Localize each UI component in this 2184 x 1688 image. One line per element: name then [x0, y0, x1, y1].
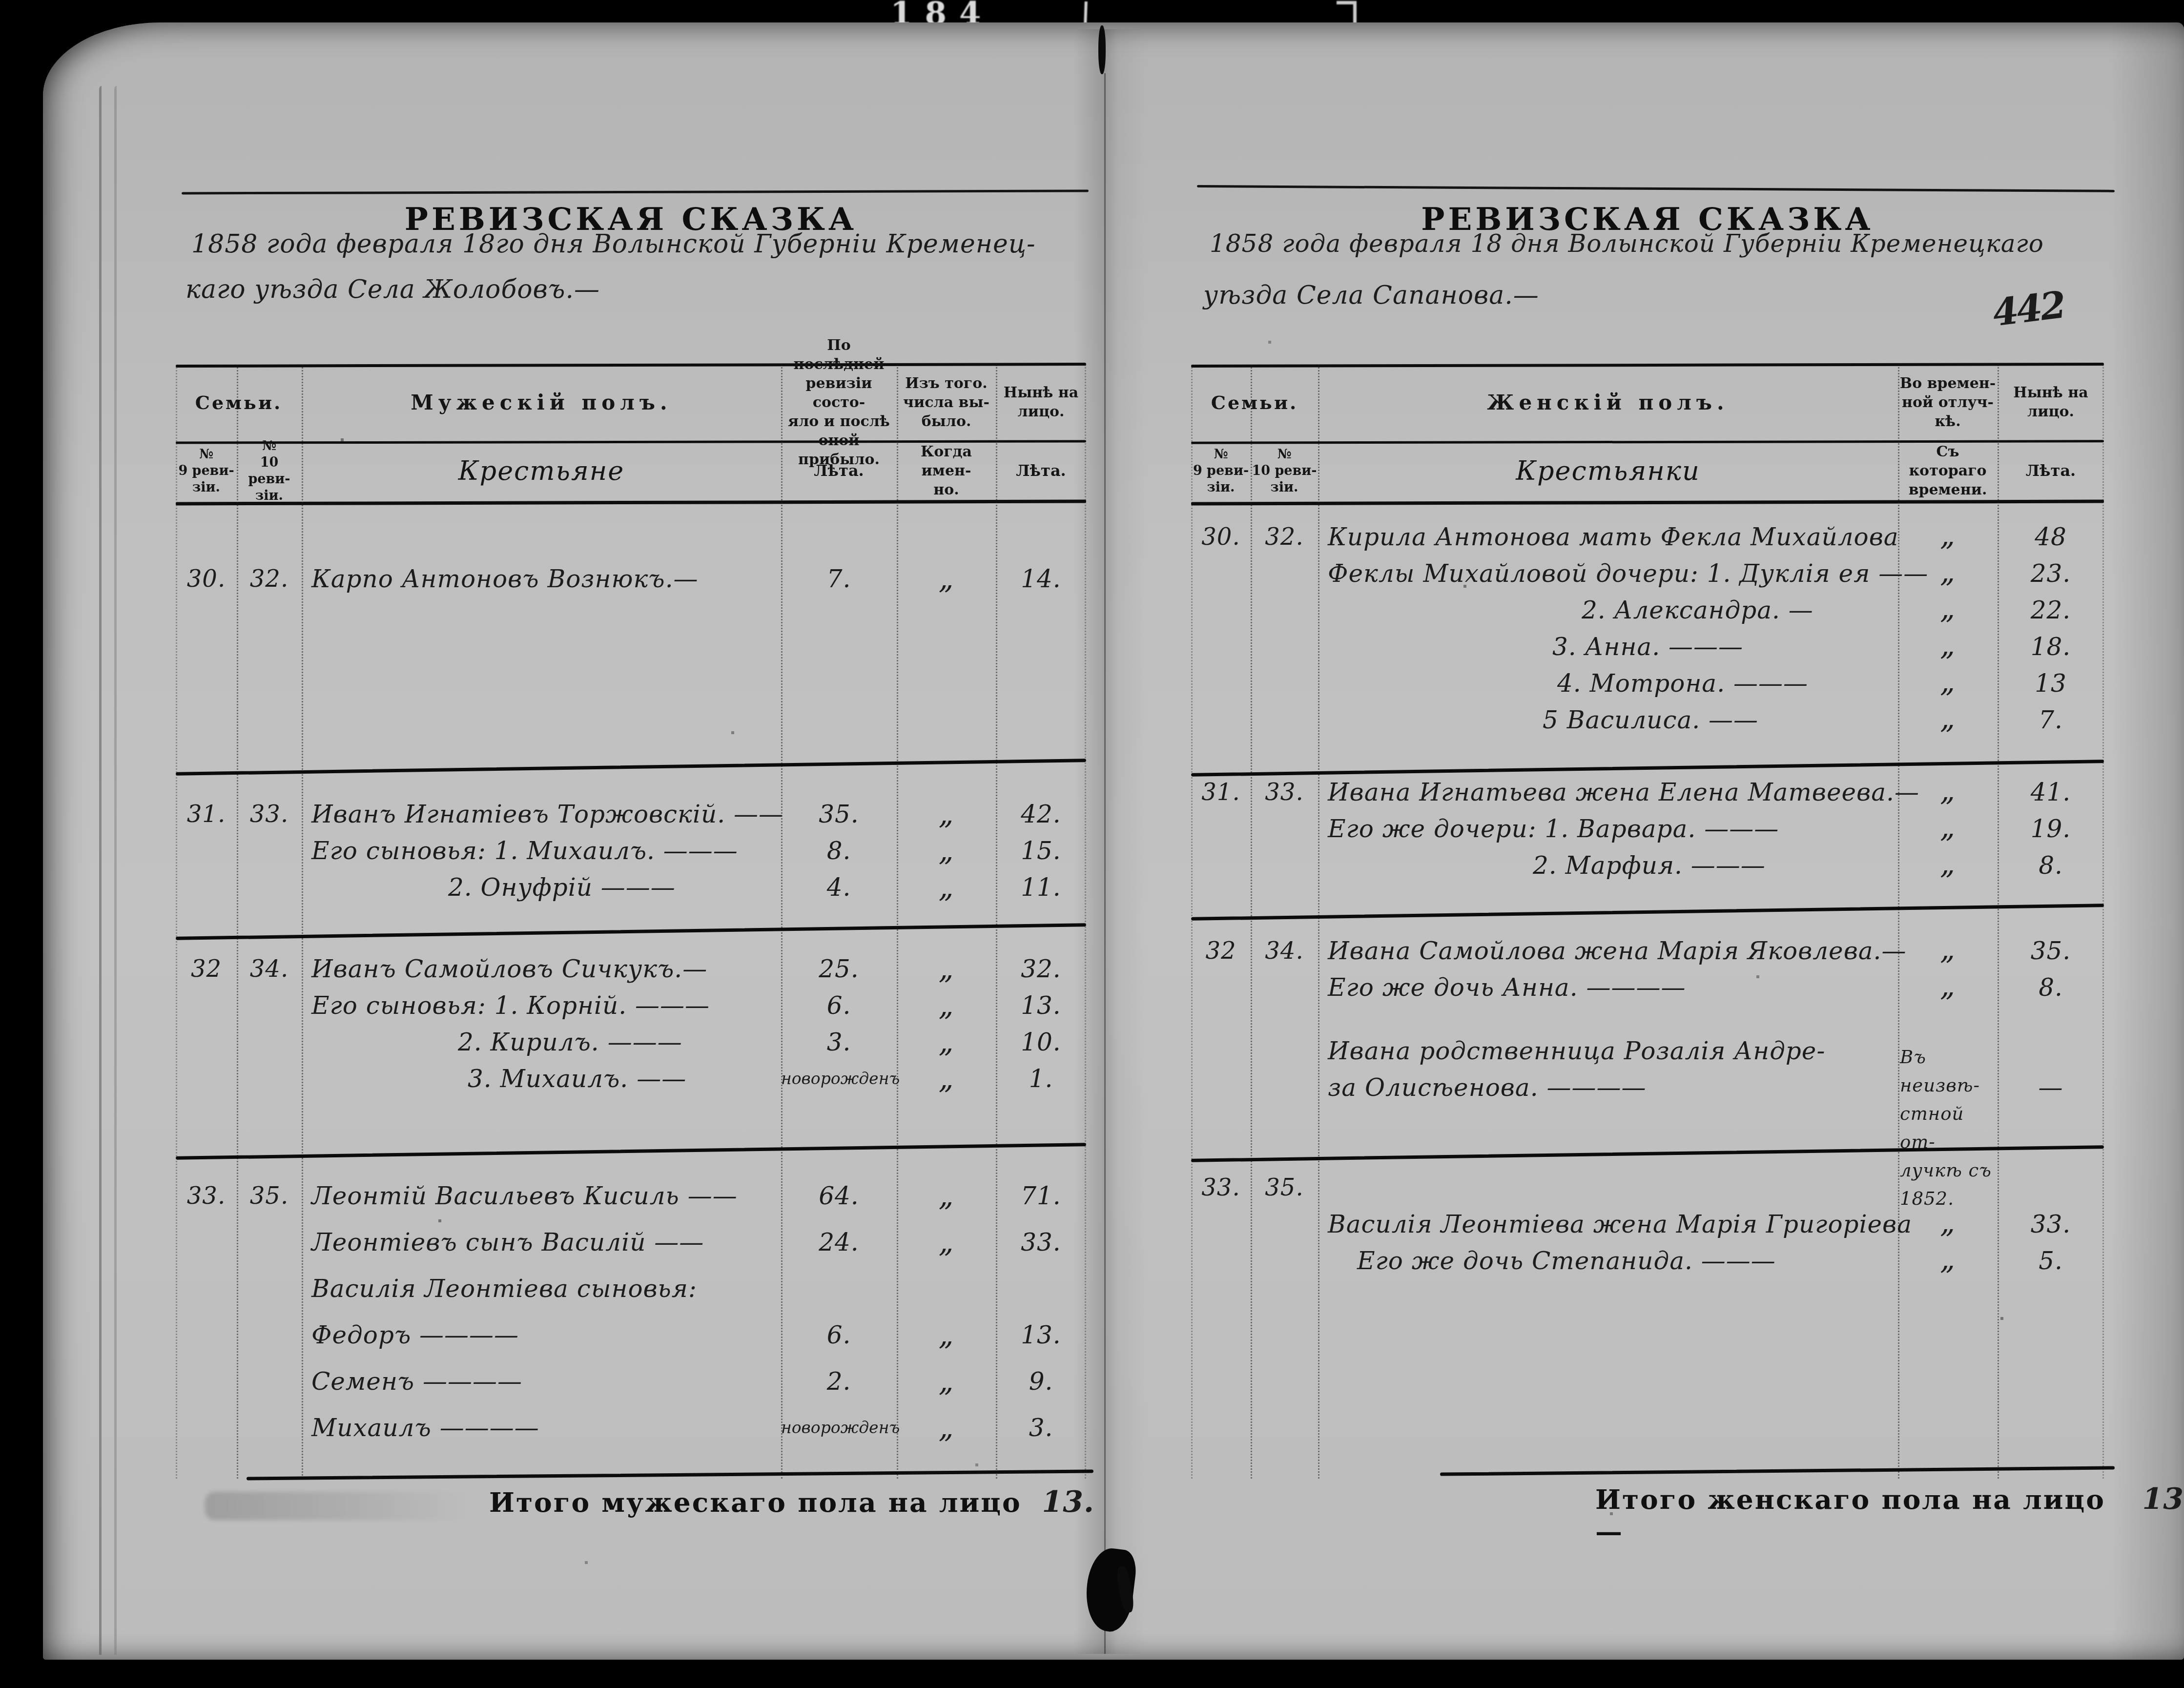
person-name: Михаилъ ————	[302, 1414, 781, 1442]
header-now-present: Нынѣ на лицо.	[1998, 364, 2104, 441]
age-current: 35.	[1998, 937, 2104, 965]
age-current: 71.	[996, 1182, 1086, 1210]
person-name: Василія Леонтіева сыновья:	[302, 1275, 781, 1303]
spine-shadow	[1074, 29, 1147, 1654]
male-table-body: 30. 32. Карпо Антоновъ Вознюкъ.— 7. „ 14…	[176, 503, 1086, 1446]
census-row: 30. 32. Кирила Антонова мать Фекла Михай…	[1191, 518, 2104, 555]
rev10-number: 32.	[237, 565, 302, 593]
age-previous-revision: 6.	[781, 991, 897, 1020]
when-departed-mark: „	[897, 1418, 996, 1438]
rev10-number: 34.	[1251, 937, 1318, 965]
since-when-mark: „	[1940, 810, 1956, 844]
rev10-number: 35.	[1251, 1174, 1318, 1201]
when-departed-mark: „	[897, 1372, 996, 1391]
absence-cell: „	[1898, 851, 1998, 880]
age-current: 8.	[1998, 973, 2104, 1002]
header-temporary-absence: Во времен- ной отлуч- кѣ.	[1898, 364, 1998, 441]
header-male-sex: Мужескій полъ.	[302, 364, 781, 441]
rev10-number: 33.	[237, 801, 302, 828]
folio-tick-mark	[1084, 1, 1088, 25]
family-separator-line	[176, 759, 1086, 776]
rev10-number: 32.	[1251, 523, 1318, 551]
absence-cell: „	[1898, 937, 1998, 965]
age-previous-revision: 64.	[781, 1182, 897, 1210]
male-table: Семьи. Мужескій полъ. По послѣдней ревиз…	[176, 364, 1086, 1482]
spine-fold-line	[1104, 73, 1106, 1654]
census-row: 2. Александра. — „ 22.	[1191, 592, 2104, 628]
header-10th-revision: № 10 реви- зіи.	[1251, 441, 1318, 501]
rev10-number: 33.	[1251, 779, 1318, 806]
since-when-mark: „	[1940, 969, 1956, 1003]
age-current: 13.	[996, 991, 1086, 1020]
person-name: Семенъ ————	[302, 1367, 781, 1396]
header-female-sex: Женскій полъ.	[1318, 364, 1898, 441]
person-name: 2. Онуфрій ———	[302, 873, 781, 902]
family-separator-line	[176, 923, 1086, 940]
age-current: 19.	[1998, 815, 2104, 843]
place-line: уѣзда Села Сапанова.—	[1203, 281, 1539, 310]
since-when-mark: „	[1940, 592, 1956, 626]
age-current: 33.	[1998, 1210, 2104, 1238]
header-peasant-women-handwritten: Крестьянки	[1318, 441, 1898, 501]
rev10-number: 34.	[237, 955, 302, 983]
absence-cell: „	[1898, 523, 1998, 551]
total-value: 13	[2143, 1482, 2184, 1516]
when-departed-mark: „	[897, 996, 996, 1015]
header-family: Семьи.	[1191, 364, 1318, 441]
rev9-number: 33.	[1191, 1174, 1251, 1201]
bleed-through-smudge	[205, 1492, 469, 1520]
census-row: 31. 33. Иванъ Игнатіевъ Торжовскій. —— 3…	[176, 796, 1086, 832]
female-table: Семьи. Женскій полъ. Во времен- ной отлу…	[1191, 364, 2104, 1482]
age-previous-revision: 4.	[781, 873, 897, 902]
table-header: Семьи. Женскій полъ. Во времен- ной отлу…	[1191, 364, 2104, 501]
age-current: 8.	[1998, 851, 2104, 880]
age-current: 15.	[996, 837, 1086, 865]
since-when-mark: „	[1940, 932, 1956, 967]
census-row: 2. Онуфрій ——— 4. „ 11.	[176, 869, 1086, 906]
census-row: 32 34. Иванъ Самойловъ Сичкукъ.— 25. „ 3…	[176, 950, 1086, 987]
rev9-number: 33.	[176, 1182, 237, 1210]
since-when-mark: „	[1940, 518, 1956, 553]
person-name: Феклы Михайловой дочери: 1. Дуклія ея ——	[1318, 559, 1898, 588]
census-row: 3. Анна. ——— „ 18.	[1191, 628, 2104, 665]
female-total: Итого женскаго пола на лицо — 13	[1595, 1482, 2184, 1547]
census-row: Его сыновья: 1. Корній. ——— 6. „ 13.	[176, 987, 1086, 1024]
when-departed-mark: „	[897, 1032, 996, 1052]
person-name: 3. Михаилъ. ——	[302, 1065, 781, 1093]
age-current: 33.	[996, 1228, 1086, 1256]
when-departed-mark: „	[897, 1069, 996, 1089]
male-total: Итого мужескаго пола на лицо 13.	[489, 1485, 1094, 1519]
table-header: Семьи. Мужескій полъ. По послѣдней ревиз…	[176, 364, 1086, 501]
when-departed-mark: „	[897, 841, 996, 861]
header-years-now: Лѣта.	[1998, 441, 2104, 501]
age-current: 22.	[1998, 596, 2104, 624]
age-previous-revision: 24.	[781, 1228, 897, 1256]
header-years-prev: Лѣта.	[781, 441, 897, 501]
person-name: Ивана родственница Розалія Андре-	[1318, 1037, 1898, 1065]
age-current: 13.	[996, 1321, 1086, 1349]
person-name: 3. Анна. ———	[1318, 633, 1898, 661]
person-name: за Олисѣенова. ————	[1318, 1073, 1898, 1102]
census-row: Михаилъ ———— новорожденъ „ 3.	[176, 1409, 1086, 1446]
census-row: 31. 33. Ивана Игнатьева жена Елена Матве…	[1191, 774, 2104, 810]
census-row: 32 34. Ивана Самойлова жена Марія Яковле…	[1191, 932, 2104, 969]
since-when-mark: „	[1940, 847, 1956, 881]
age-current: 9.	[996, 1367, 1086, 1396]
age-previous-revision: 35.	[781, 800, 897, 828]
census-row: 2. Кирилъ. ——— 3. „ 10.	[176, 1024, 1086, 1060]
absence-cell: „	[1898, 596, 1998, 624]
person-name: Его сыновья: 1. Корній. ———	[302, 991, 781, 1020]
census-row: 5 Василиса. —— „ 7.	[1191, 701, 2104, 738]
rev9-number: 32	[176, 955, 237, 983]
age-current: 23.	[1998, 559, 2104, 588]
census-row: 33. 35. Леонтій Васильевъ Кисиль —— 64. …	[176, 1177, 1086, 1214]
age-previous-revision: 7.	[781, 565, 897, 593]
person-name: Его же дочь Анна. ————	[1318, 973, 1898, 1002]
since-when-mark: „	[1940, 701, 1956, 736]
header-previous-revision: По послѣдней ревизіи состо- яло и послѣ …	[781, 364, 897, 441]
census-row: Его сыновья: 1. Михаилъ. ——— 8. „ 15.	[176, 832, 1086, 869]
header-now-present: Нынѣ на лицо.	[996, 364, 1086, 441]
age-previous-revision: 3.	[781, 1028, 897, 1056]
person-name: Иванъ Самойловъ Сичкукъ.—	[302, 955, 781, 983]
total-label: Итого женскаго пола на лицо —	[1595, 1483, 2122, 1547]
handwritten-page-number: 442	[1990, 283, 2066, 334]
census-row: Василія Леонтіева жена Марія Григоріева …	[1191, 1206, 2104, 1242]
when-departed-mark: „	[897, 959, 996, 979]
person-name: Карпо Антоновъ Вознюкъ.—	[302, 565, 781, 593]
person-name: 2. Кирилъ. ———	[302, 1028, 781, 1056]
page-stack-edge	[99, 86, 102, 1655]
when-departed-mark: „	[897, 1186, 996, 1206]
folio-corner-mark	[1337, 1, 1357, 24]
age-current: —	[1998, 1073, 2104, 1102]
age-previous-revision: 6.	[781, 1321, 897, 1349]
person-name: 4. Мотрона. ———	[1318, 669, 1898, 698]
age-current: 18.	[1998, 633, 2104, 661]
census-row: Федоръ ———— 6. „ 13.	[176, 1317, 1086, 1353]
age-current: 42.	[996, 800, 1086, 828]
age-current: 48	[1998, 523, 2104, 551]
since-when-mark: „	[1940, 665, 1956, 699]
person-name: Его сыновья: 1. Михаилъ. ———	[302, 837, 781, 865]
census-row: Его же дочери: 1. Варвара. ——— „ 19.	[1191, 810, 2104, 847]
absence-cell: „	[1898, 669, 1998, 698]
age-current: 7.	[1998, 706, 2104, 734]
age-previous-revision: новорожденъ	[781, 1418, 897, 1437]
age-current: 13	[1998, 669, 2104, 698]
place-line: каго уѣзда Села Жолобовъ.—	[185, 275, 600, 304]
header-family: Семьи.	[176, 364, 302, 441]
female-table-body: 30. 32. Кирила Антонова мать Фекла Михай…	[1191, 503, 2104, 1279]
person-name: Федоръ ————	[302, 1321, 781, 1349]
absence-cell: „	[1898, 633, 1998, 661]
date-line: 1858 года февраля 18 дня Волынской Губер…	[1210, 229, 2118, 258]
when-departed-mark: „	[897, 569, 996, 589]
census-row: 4. Мотрона. ——— „ 13	[1191, 665, 2104, 701]
age-previous-revision: 2.	[781, 1367, 897, 1396]
census-row: Его же дочь Анна. ———— „ 8.	[1191, 969, 2104, 1006]
person-name: Его же дочери: 1. Варвара. ———	[1318, 815, 1898, 843]
age-current: 41.	[1998, 778, 2104, 806]
paper-speckles	[0, 0, 1, 1]
person-name: 2. Марфия. ———	[1318, 851, 1898, 880]
census-row: Василія Леонтіева сыновья:	[176, 1270, 1086, 1307]
header-since-when: Съ котораго времени.	[1898, 441, 1998, 501]
absence-cell: „	[1898, 559, 1998, 588]
age-current: 5.	[1998, 1247, 2104, 1275]
absence-cell: „	[1898, 778, 1998, 806]
age-current: 10.	[996, 1028, 1086, 1056]
family-separator-line	[1191, 904, 2104, 921]
absence-cell: „	[1898, 973, 1998, 1002]
person-name: Ивана Игнатьева жена Елена Матвеева.—	[1318, 778, 1898, 806]
age-current: 1.	[996, 1065, 1086, 1093]
age-previous-revision: 25.	[781, 955, 897, 983]
header-years-now: Лѣта.	[996, 441, 1086, 501]
since-when-mark: „	[1940, 774, 1956, 808]
header-9th-revision: № 9 реви- зіи.	[176, 441, 237, 501]
person-name: Леонтій Васильевъ Кисиль ——	[302, 1182, 781, 1210]
total-label: Итого мужескаго пола на лицо	[489, 1486, 1022, 1518]
absence-cell: „	[1898, 1247, 1998, 1275]
family-separator-line	[176, 1143, 1086, 1160]
person-name: Кирила Антонова мать Фекла Михайлова	[1318, 523, 1898, 551]
absence-note: Въ неизвѣ- стной от- лучкѣ съ 1852.	[1900, 1043, 2002, 1213]
census-row: Его же дочь Степанида. ——— „ 5.	[1191, 1242, 2104, 1279]
person-name: Ивана Самойлова жена Марія Яковлева.—	[1318, 937, 1898, 965]
rev9-number: 31.	[176, 801, 237, 828]
scanned-revision-list: 184 РЕВИЗСКАЯ СКАЗКА 1858 года февраля 1…	[0, 0, 2184, 1688]
age-current: 3.	[996, 1414, 1086, 1442]
absence-cell: „	[1898, 706, 1998, 734]
age-previous-revision: 8.	[781, 837, 897, 865]
header-departed: Изъ того. числа вы- было.	[897, 364, 996, 441]
person-name: Леонтіевъ сынъ Василій ——	[302, 1228, 781, 1256]
date-line: 1858 года февраля 18го дня Волынской Губ…	[191, 229, 1094, 259]
rev9-number: 30.	[176, 565, 237, 593]
census-row: Леонтіевъ сынъ Василій —— 24. „ 33.	[176, 1224, 1086, 1260]
when-departed-mark: „	[897, 878, 996, 897]
person-name: Его же дочь Степанида. ———	[1318, 1247, 1898, 1275]
person-name: 5 Василиса. ——	[1318, 706, 1898, 734]
since-when-mark: „	[1940, 1242, 1956, 1276]
spine-top-mark	[1098, 25, 1106, 74]
age-previous-revision: новорожденъ	[781, 1069, 897, 1088]
census-row: Феклы Михайловой дочери: 1. Дуклія ея ——…	[1191, 555, 2104, 592]
since-when-mark: „	[1940, 628, 1956, 662]
when-departed-mark: „	[897, 1233, 996, 1252]
person-name: Иванъ Игнатіевъ Торжовскій. ——	[302, 800, 781, 828]
header-when-exactly: Когда имен- но.	[897, 441, 996, 501]
age-current: 32.	[996, 955, 1086, 983]
rev9-number: 32	[1191, 937, 1251, 965]
person-name: Василія Леонтіева жена Марія Григоріева	[1318, 1210, 1898, 1238]
header-10th-revision: № 10 реви- зіи.	[237, 441, 302, 501]
rev9-number: 30.	[1191, 523, 1251, 551]
census-row: 2. Марфия. ——— „ 8.	[1191, 847, 2104, 884]
since-when-mark: „	[1940, 555, 1956, 589]
census-row: 3. Михаилъ. —— новорожденъ „ 1.	[176, 1060, 1086, 1097]
absence-cell: „	[1898, 815, 1998, 843]
rev10-number: 35.	[237, 1182, 302, 1210]
census-row: Ивана родственница Розалія Андре- Въ неи…	[1191, 1032, 2104, 1069]
age-current: 11.	[996, 873, 1086, 902]
page-stack-edge	[114, 86, 117, 1655]
since-when-mark: „	[1940, 1206, 1956, 1240]
census-row: Семенъ ———— 2. „ 9.	[176, 1363, 1086, 1400]
absence-cell: „	[1898, 1210, 1998, 1238]
when-departed-mark: „	[897, 804, 996, 824]
header-peasants-handwritten: Крестьяне	[302, 441, 781, 501]
age-current: 14.	[996, 565, 1086, 593]
when-departed-mark: „	[897, 1325, 996, 1345]
census-row: 30. 32. Карпо Антоновъ Вознюкъ.— 7. „ 14…	[176, 560, 1086, 597]
header-9th-revision: № 9 реви- зіи.	[1191, 441, 1251, 501]
rev9-number: 31.	[1191, 779, 1251, 806]
person-name: 2. Александра. —	[1318, 596, 1898, 624]
